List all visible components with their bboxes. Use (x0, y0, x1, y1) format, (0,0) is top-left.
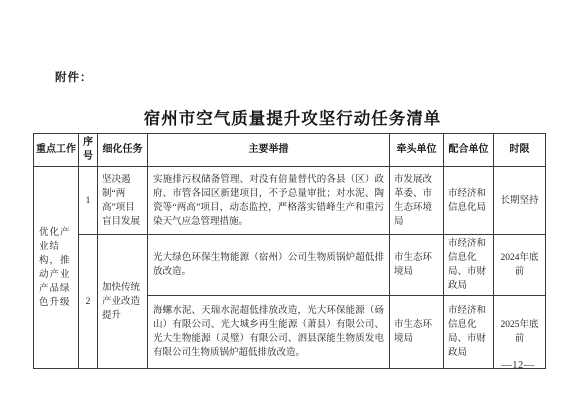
cell-row2-sub1-deadline: 2024年底前 (494, 235, 546, 296)
table-row: 2 加快传统产业改造提升 光大绿色环保生物能源（宿州）公司生物质锅炉超低排放改造… (34, 235, 546, 296)
header-support: 配合单位 (444, 134, 494, 167)
header-key-work: 重点工作 (34, 134, 79, 167)
cell-row2-no: 2 (79, 235, 98, 369)
table-row: 优化产业结构，推动产业产品绿色升级 1 坚决遏制“两高”项目盲目发展 实施排污权… (34, 167, 546, 235)
header-no: 序号 (79, 134, 98, 167)
cell-row1-lead: 市发展改革委、市生态环境局 (390, 167, 444, 235)
cell-row1-deadline: 长期坚持 (494, 167, 546, 235)
cell-row2-sub2-measure: 海螺水泥、天瑞水泥超低排放改造，光大环保能源（砀山）有限公司、光大城乡再生能源（… (148, 296, 390, 369)
cell-row2-sub1-lead: 市生态环境局 (390, 235, 444, 296)
table-header-row: 重点工作 序号 细化任务 主要举措 牵头单位 配合单位 时限 (34, 134, 546, 167)
attachment-label: 附件： (55, 69, 93, 85)
page-number: —12— (490, 360, 546, 371)
cell-row1-support: 市经济和信息化局 (444, 167, 494, 235)
cell-row1-measure: 实施排污权储备管理、对没有倍量替代的各县（区）政府、市管各园区新建项目，不予总量… (148, 167, 390, 235)
cell-key-work: 优化产业结构，推动产业产品绿色升级 (34, 167, 79, 369)
cell-row2-sub2-lead: 市生态环境局 (390, 296, 444, 369)
header-lead: 牵头单位 (390, 134, 444, 167)
cell-row2-sub1-support: 市经济和信息化局、市财政局 (444, 235, 494, 296)
header-measure: 主要举措 (148, 134, 390, 167)
header-deadline: 时限 (494, 134, 546, 167)
cell-row2-sub2-deadline: 2025年底前 (494, 296, 546, 369)
cell-row2-sub2-support: 市经济和信息化局、市财政局 (444, 296, 494, 369)
page-title: 宿州市空气质量提升攻坚行动任务清单 (0, 105, 585, 129)
task-table: 重点工作 序号 细化任务 主要举措 牵头单位 配合单位 时限 优化产业结构，推动… (33, 133, 546, 369)
header-task: 细化任务 (98, 134, 148, 167)
cell-row2-sub1-measure: 光大绿色环保生物能源（宿州）公司生物质锅炉超低排放改造。 (148, 235, 390, 296)
cell-row1-task: 坚决遏制“两高”项目盲目发展 (98, 167, 148, 235)
document-page: 附件： 宿州市空气质量提升攻坚行动任务清单 重点工作 序号 细化任务 主要举措 … (0, 0, 585, 413)
cell-row1-no: 1 (79, 167, 98, 235)
cell-row2-task: 加快传统产业改造提升 (98, 235, 148, 369)
